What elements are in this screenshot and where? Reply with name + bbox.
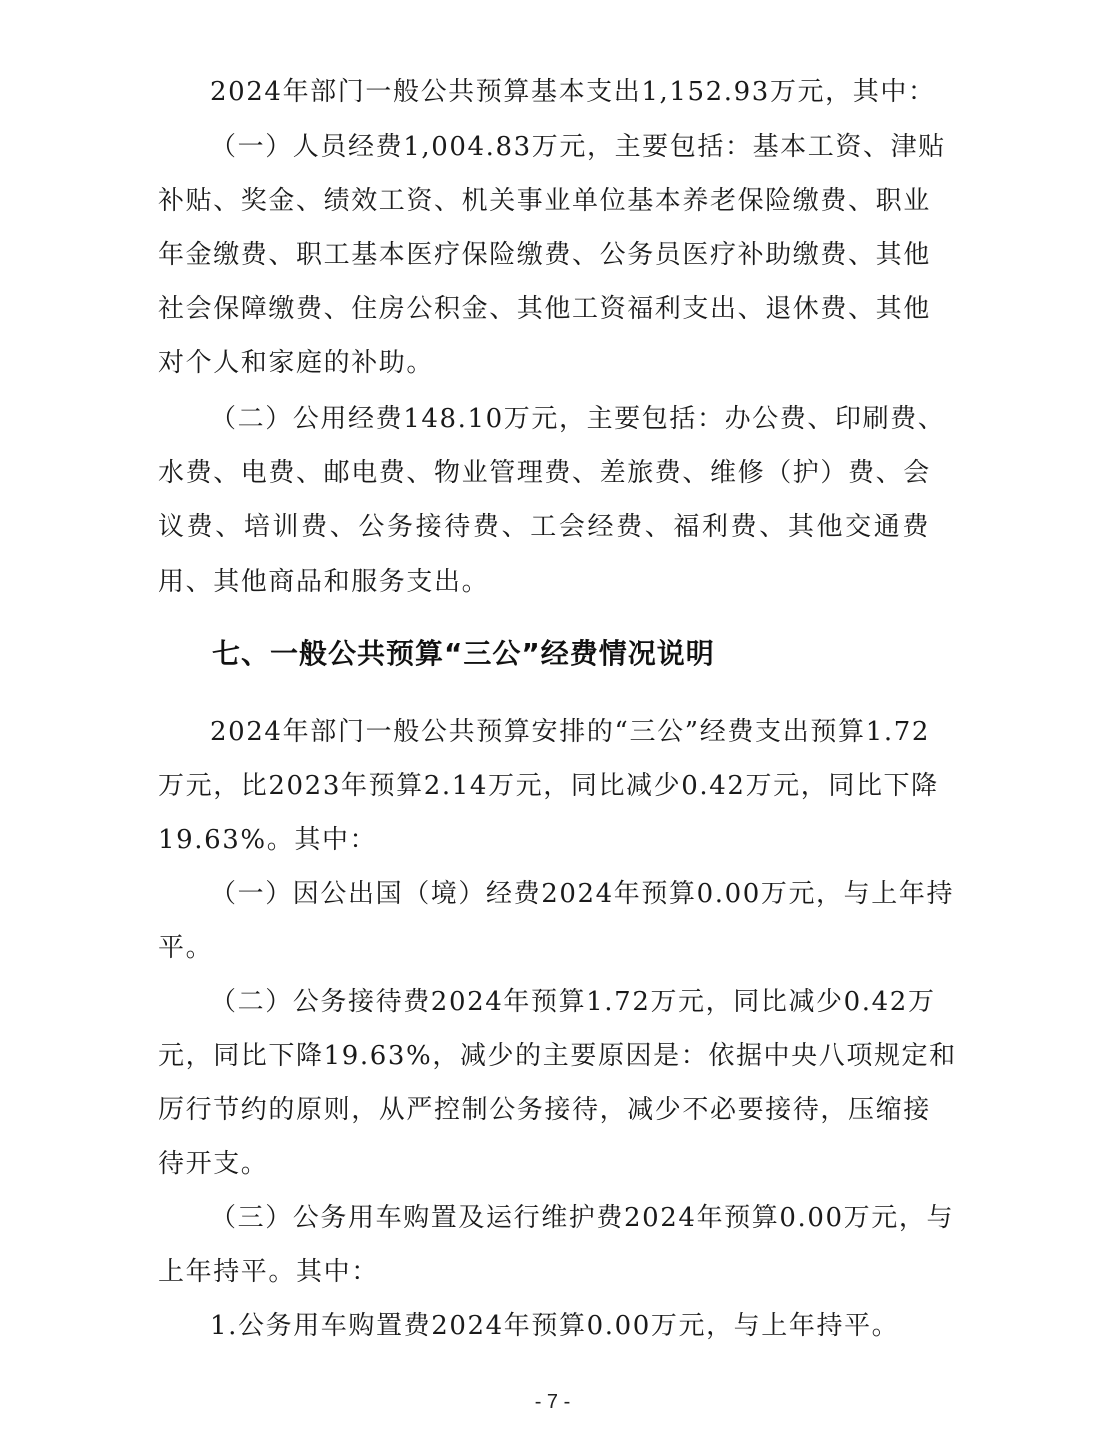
paragraph-public-expenses-line-1: （二）公用经费148.10万元，主要包括：办公费、印刷费、 xyxy=(210,402,930,436)
paragraph-official-vehicles-line-1: （三）公务用车购置及运行维护费2024年预算0.00万元，与 xyxy=(210,1201,930,1235)
paragraph-official-vehicles-line-2: 上年持平。其中： xyxy=(158,1255,930,1289)
paragraph-personnel-expenses-line-5: 对个人和家庭的补助。 xyxy=(158,346,930,380)
paragraph-three-public-summary-line-2: 万元，比2023年预算2.14万元，同比减少0.42万元，同比下降 xyxy=(158,769,930,803)
paragraph-official-reception-line-3: 厉行节约的原则，从严控制公务接待，减少不必要接待，压缩接 xyxy=(158,1093,930,1127)
section-heading: 七、一般公共预算“三公”经费情况说明 xyxy=(212,636,715,672)
paragraph-personnel-expenses-line-1: （一）人员经费1,004.83万元，主要包括：基本工资、津贴 xyxy=(210,130,930,164)
page-number: - 7 - xyxy=(0,1390,1105,1414)
paragraph-official-reception-line-2: 元，同比下降19.63%，减少的主要原因是：依据中央八项规定和 xyxy=(158,1039,930,1073)
paragraph-personnel-expenses-line-4: 社会保障缴费、住房公积金、其他工资福利支出、退休费、其他 xyxy=(158,292,930,326)
paragraph-official-reception-line-4: 待开支。 xyxy=(158,1147,930,1181)
paragraph-overseas-travel-line-2: 平。 xyxy=(158,931,930,965)
document-page: 2024年部门一般公共预算基本支出1,152.93万元，其中： （一）人员经费1… xyxy=(0,0,1105,1430)
paragraph-public-expenses-line-3: 议费、培训费、公务接待费、工会经费、福利费、其他交通费 xyxy=(158,510,930,544)
paragraph-three-public-summary-line-1: 2024年部门一般公共预算安排的“三公”经费支出预算1.72 xyxy=(210,715,930,749)
paragraph-public-expenses-line-2: 水费、电费、邮电费、物业管理费、差旅费、维修（护）费、会 xyxy=(158,456,930,490)
paragraph-overseas-travel-line-1: （一）因公出国（境）经费2024年预算0.00万元，与上年持 xyxy=(210,877,930,911)
paragraph-personnel-expenses-line-3: 年金缴费、职工基本医疗保险缴费、公务员医疗补助缴费、其他 xyxy=(158,238,930,272)
paragraph-official-reception-line-1: （二）公务接待费2024年预算1.72万元，同比减少0.42万 xyxy=(210,985,930,1019)
paragraph-personnel-expenses-line-2: 补贴、奖金、绩效工资、机关事业单位基本养老保险缴费、职业 xyxy=(158,184,930,218)
paragraph-public-expenses-line-4: 用、其他商品和服务支出。 xyxy=(158,565,930,599)
paragraph-basic-expenditure-line-1: 2024年部门一般公共预算基本支出1,152.93万元，其中： xyxy=(210,75,930,109)
paragraph-three-public-summary-line-3: 19.63%。其中： xyxy=(158,823,930,857)
paragraph-vehicle-purchase-line-1: 1.公务用车购置费2024年预算0.00万元，与上年持平。 xyxy=(210,1309,930,1343)
